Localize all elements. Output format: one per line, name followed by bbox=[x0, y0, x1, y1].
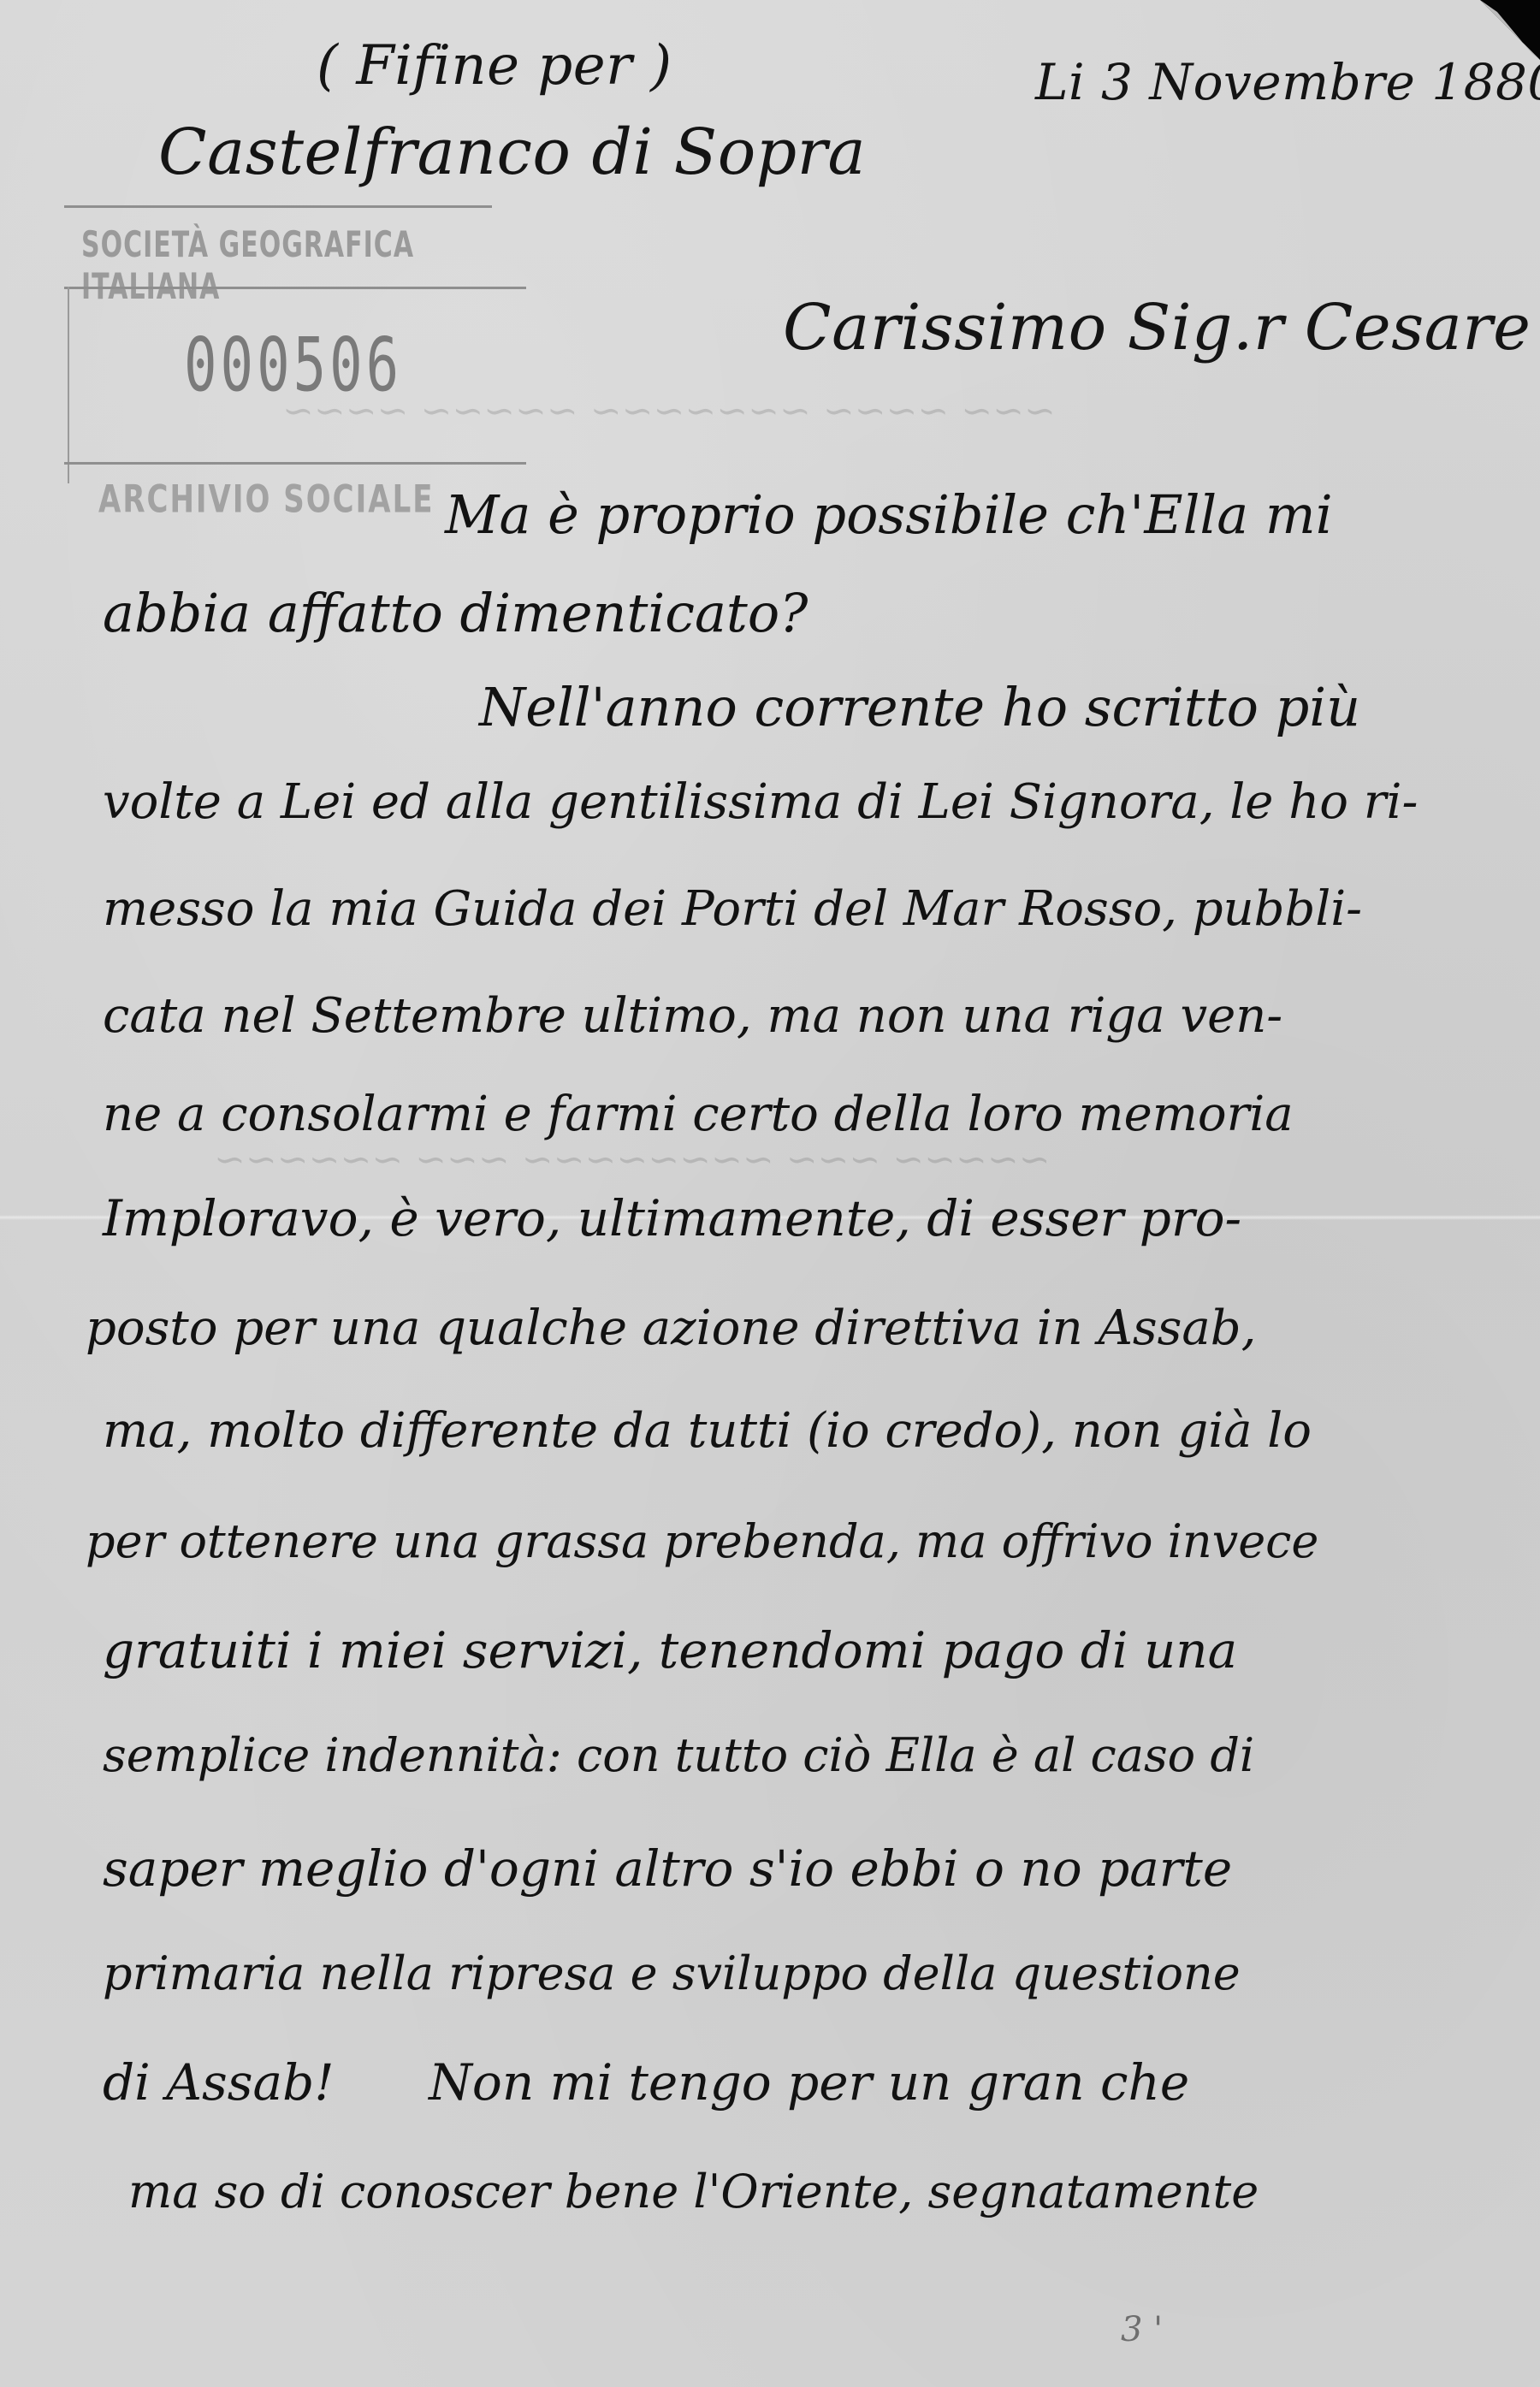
body-line: posto per una qualche azione direttiva i… bbox=[86, 1300, 1256, 1356]
letter-page: ~~~ ~~~~ ~~~~~~~ ~~~~~ ~~~~ ~~~~~ ~~~ ~~… bbox=[0, 0, 1540, 2387]
place-heading: Castelfranco di Sopra bbox=[158, 115, 866, 189]
body-line: primaria nella ripresa e sviluppo della … bbox=[103, 1946, 1241, 2000]
archive-stamp: SOCIETÀ GEOGRAFICA ITALIANA 000506 ARCHI… bbox=[64, 205, 543, 522]
body-line: per ottenere una grassa prebenda, ma off… bbox=[86, 1514, 1318, 1568]
body-line: Ma è proprio possibile ch'Ella mi bbox=[445, 483, 1333, 546]
stamp-archive-number: 000506 bbox=[184, 323, 402, 409]
bleed-through-text: ~~~~~ ~~~ ~~~~~~~~ ~~~ ~~~~~~ bbox=[214, 1138, 1051, 1182]
stamp-rule bbox=[64, 462, 526, 465]
body-line: Imploravo, è vero, ultimamente, di esser… bbox=[103, 1189, 1241, 1247]
place-note: ( Fifine per ) bbox=[317, 34, 672, 98]
body-line: ma so di conoscer bene l'Oriente, segnat… bbox=[128, 2165, 1259, 2218]
body-line: volte a Lei ed alla gentilissima di Lei … bbox=[103, 774, 1418, 830]
body-line: messo la mia Guida dei Porti del Mar Ros… bbox=[103, 881, 1362, 937]
body-line: abbia affatto dimenticato? bbox=[103, 582, 808, 644]
stamp-archive-text: ARCHIVIO SOCIALE bbox=[98, 477, 434, 522]
body-line: cata nel Settembre ultimo, ma non una ri… bbox=[103, 988, 1282, 1044]
body-line: ne a consolarmi e farmi certo della loro… bbox=[103, 1087, 1294, 1142]
stamp-society-text: SOCIETÀ GEOGRAFICA ITALIANA bbox=[81, 224, 543, 308]
faint-page-marks: 3 ' bbox=[1121, 2310, 1163, 2349]
body-line: gratuiti i miei servizi, tenendomi pago … bbox=[103, 1621, 1237, 1679]
stamp-border bbox=[68, 287, 69, 483]
body-line: Nell'anno corrente ho scritto più bbox=[479, 676, 1360, 738]
stamp-rule bbox=[64, 205, 492, 208]
salutation: Carissimo Sig.r Cesare bbox=[783, 291, 1531, 364]
body-line: di Assab! Non mi tengo per un gran che bbox=[103, 2053, 1189, 2112]
body-line: semplice indennità: con tutto ciò Ella è… bbox=[103, 1728, 1254, 1782]
letter-date: Li 3 Novembre 1880 bbox=[1035, 53, 1540, 111]
body-line: ma, molto differente da tutti (io credo)… bbox=[103, 1403, 1312, 1459]
folded-corner bbox=[1480, 0, 1540, 60]
stamp-rule bbox=[64, 287, 526, 289]
body-line: saper meglio d'ogni altro s'io ebbi o no… bbox=[103, 1839, 1232, 1898]
